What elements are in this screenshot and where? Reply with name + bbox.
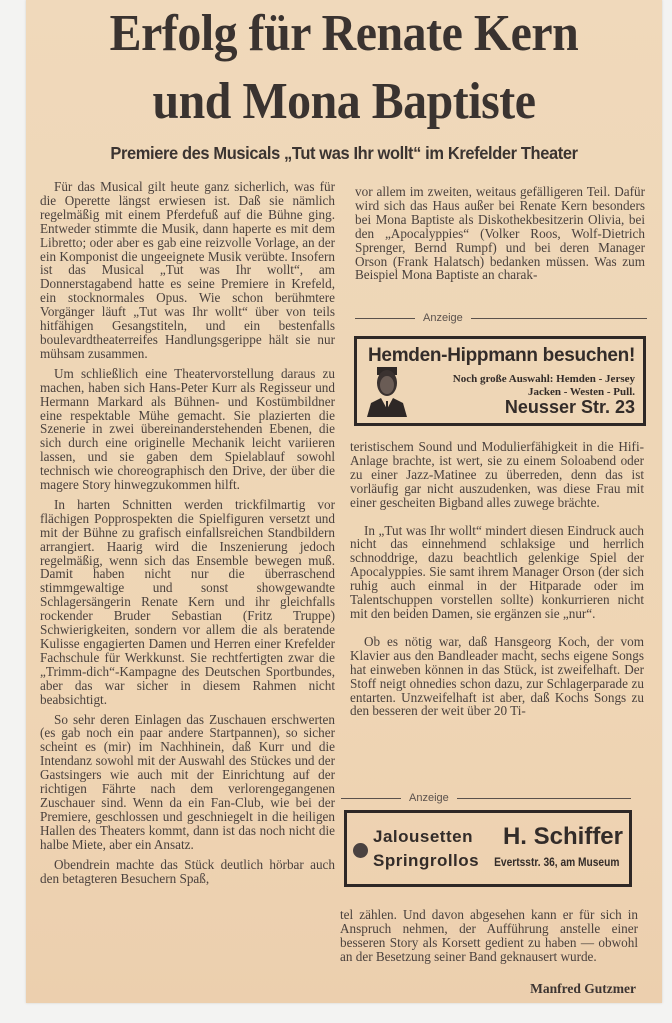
subheadline: Premiere des Musicals „Tut was Ihr wollt… [45,143,643,164]
dot-bullet-icon [353,843,368,858]
right-column-middle: teristischem Sound und Modulierfähigkeit… [350,440,644,724]
paragraph: So sehr deren Einlagen das Zuschauen ers… [40,713,335,852]
left-column: Für das Musical gilt heute ganz sicherli… [40,180,335,891]
ad-hemden-hippmann: Hemden-Hippmann besuchen! Noch große Aus… [354,336,646,426]
ad-description: Noch große Auswahl: Hemden - Jersey Jack… [453,373,635,399]
paragraph: Für das Musical gilt heute ganz sicherli… [40,180,335,361]
divider [355,318,415,319]
ad-line-1: Noch große Auswahl: Hemden - Jersey [453,373,635,386]
headline-line-1: Erfolg für Renate Kern [51,4,636,64]
ad-title: Hemden-Hippmann besuchen! [368,345,635,367]
ad-line-1: Jalousetten [373,827,473,847]
ad-h-schiffer: Jalousetten Springrollos H. Schiffer Eve… [344,810,632,887]
paragraph: vor allem im zweiten, weitaus gefälliger… [355,185,645,282]
ad-label-1: Anzeige [355,312,647,324]
ad-address: Evertsstr. 36, am Museum [494,855,619,869]
divider [457,798,631,799]
divider [341,798,401,799]
paragraph: teristischem Sound und Modulierfähigkeit… [350,440,644,510]
ad-label-2: Anzeige [341,792,631,804]
ad-line-2: Springrollos [373,851,479,871]
headline-line-2: und Mona Baptiste [51,72,636,132]
ad-label-text: Anzeige [415,312,471,324]
right-column-bottom: tel zählen. Und davon abgesehen kann er … [340,908,638,970]
right-column-top: vor allem im zweiten, weitaus gefälliger… [355,185,645,288]
author-byline: Manfred Gutzmer [530,981,636,997]
ad-address: Neusser Str. 23 [505,397,635,418]
paragraph: Um schließlich eine Theatervorstellung d… [40,367,335,492]
ad-label-text: Anzeige [401,792,457,804]
paragraph: tel zählen. Und davon abgesehen kann er … [340,908,638,964]
divider [471,318,647,319]
paragraph: In „Tut was Ihr wollt“ mindert diesen Ei… [350,524,644,621]
man-portrait-icon [365,365,409,417]
paragraph: In harten Schnitten werden trickfilmarti… [40,498,335,707]
paragraph: Obendrein machte das Stück deutlich hörb… [40,858,335,886]
ad-company-name: H. Schiffer [503,823,623,851]
paragraph: Ob es nötig war, daß Hansgeorg Koch, der… [350,635,644,718]
